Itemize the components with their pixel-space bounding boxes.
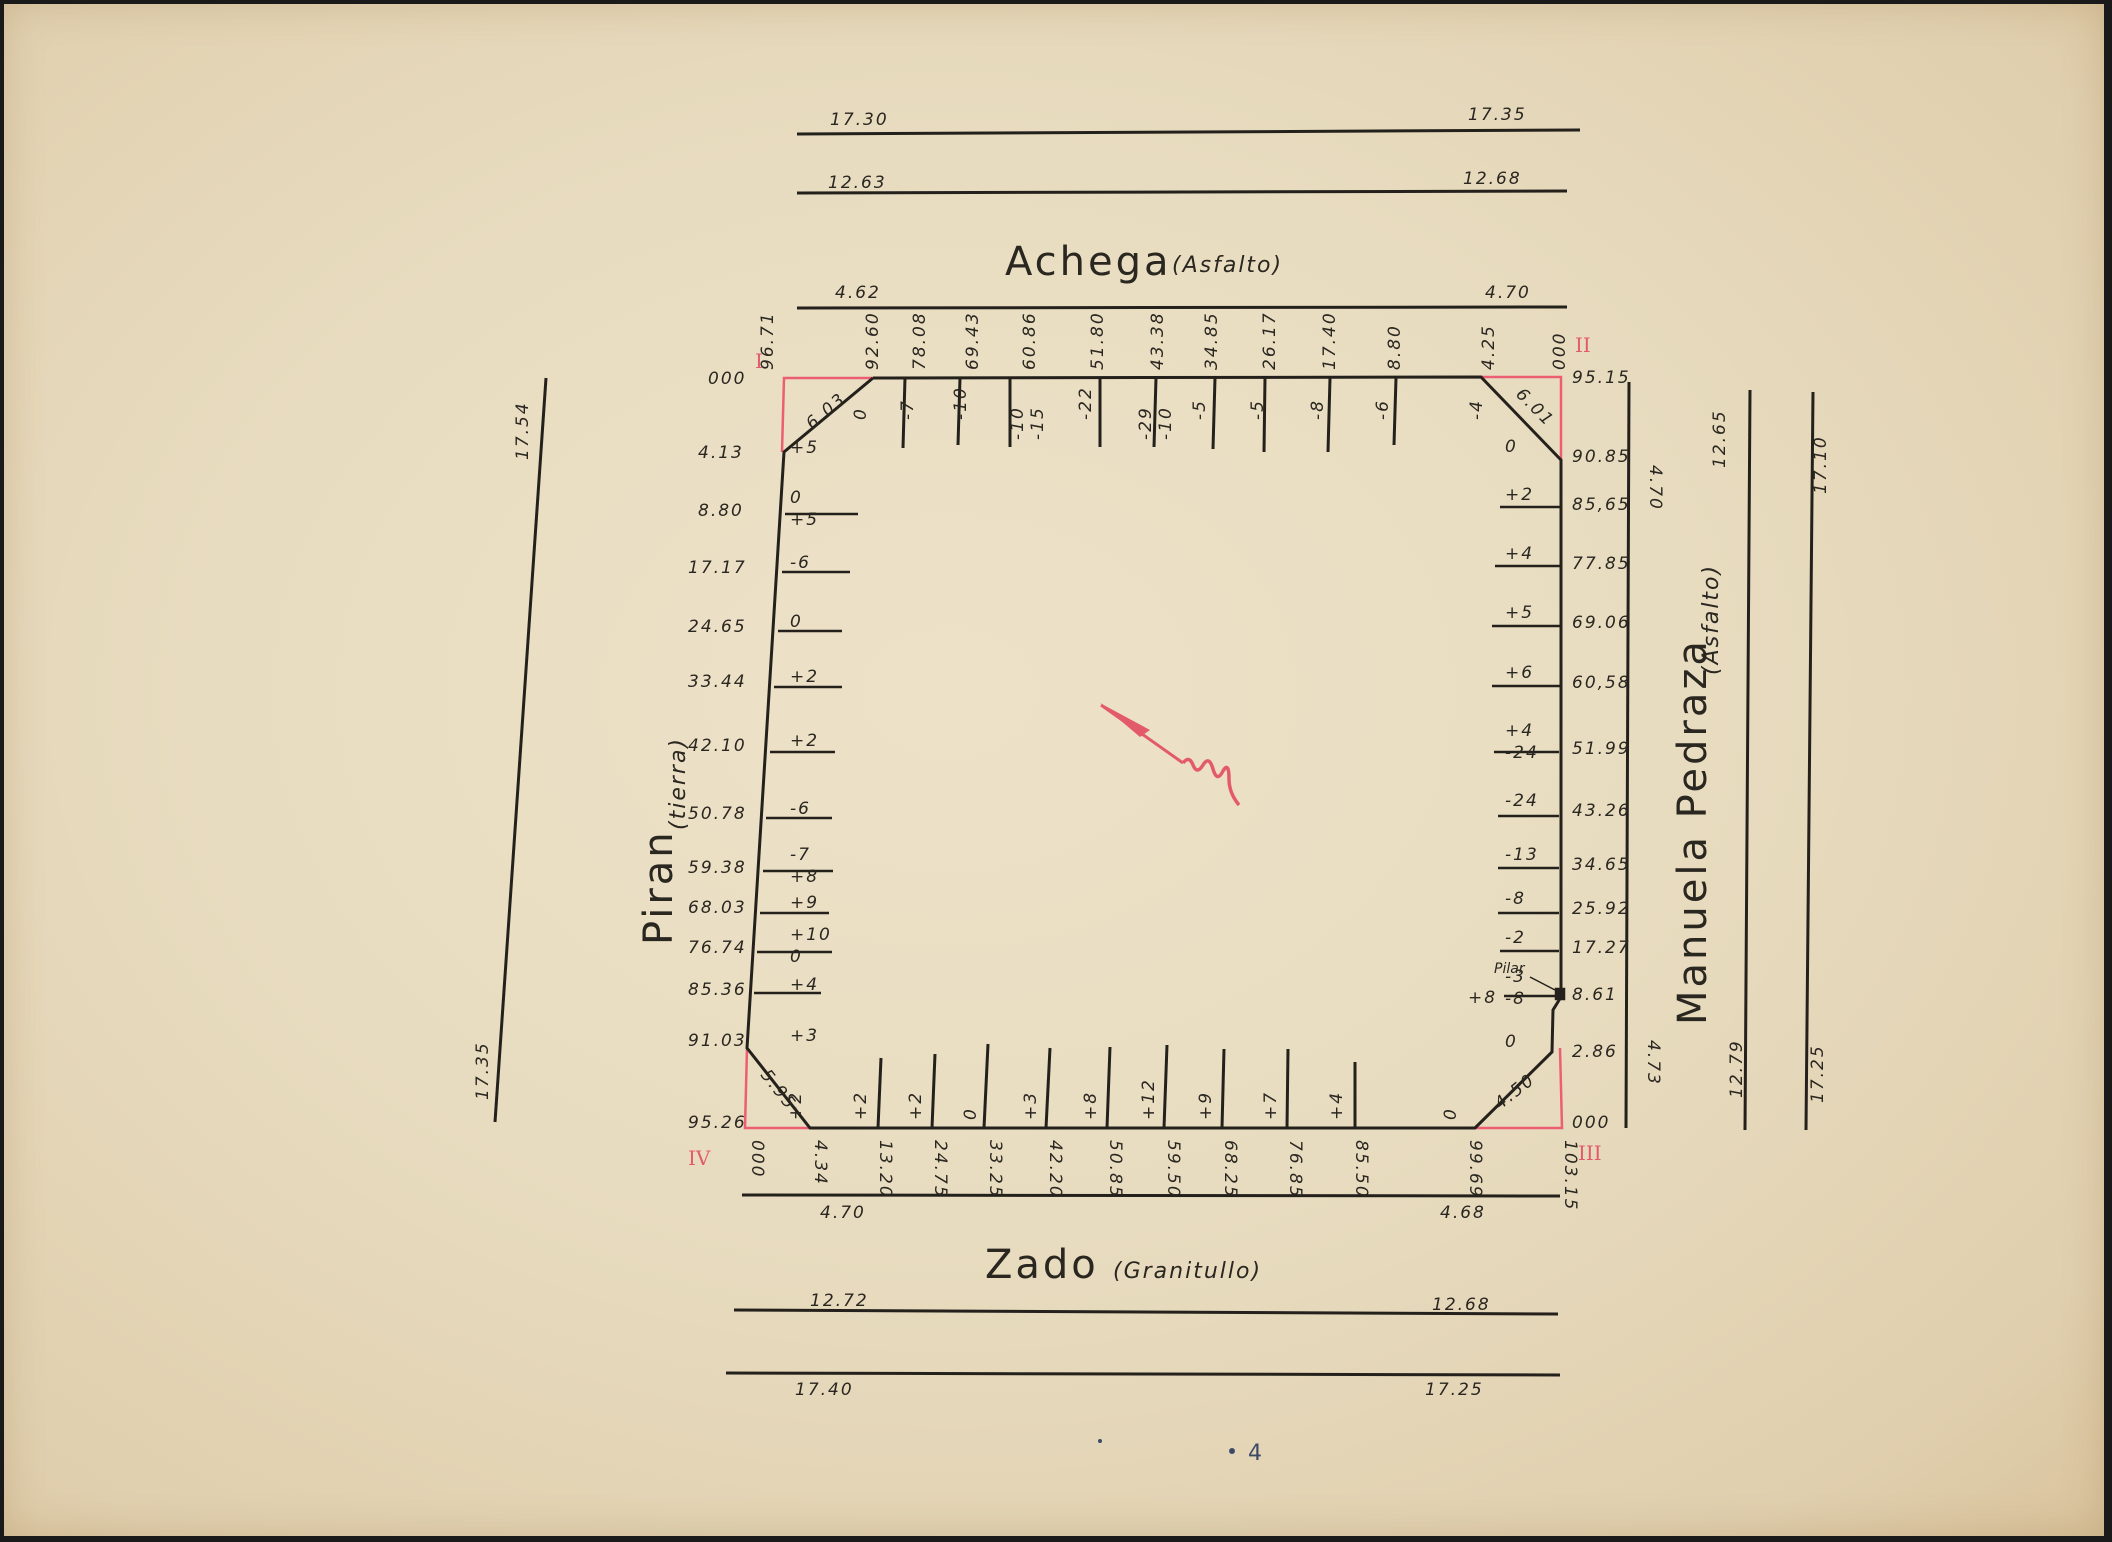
right-station-distance: 43.26 bbox=[1572, 801, 1631, 821]
corner-label-II: II bbox=[1575, 333, 1591, 357]
top-station-level: -8 bbox=[1308, 399, 1328, 420]
bottom-station-distance: 50.85 bbox=[1105, 1140, 1125, 1199]
top-station-distance: 43.38 bbox=[1148, 311, 1168, 370]
right-street-name: Manuela Pedraza bbox=[1670, 638, 1716, 1025]
right-station-level: +4 bbox=[1505, 721, 1534, 741]
left-station-distance: 17.17 bbox=[688, 558, 747, 578]
left-station-distance: 85.36 bbox=[688, 980, 747, 1000]
left-station-level: -6 bbox=[790, 799, 811, 819]
chamfer-top-right: 6.01 bbox=[1511, 384, 1558, 431]
top-line1-right: 17.35 bbox=[1468, 105, 1527, 125]
right-station-distance: 25.92 bbox=[1572, 899, 1631, 919]
right-line2-bottom: 12.79 bbox=[1727, 1039, 1747, 1098]
bottom-station-level: +3 bbox=[1021, 1091, 1041, 1120]
top-station-distance: 78.08 bbox=[910, 311, 930, 370]
bottom-station-distance: 13.20 bbox=[875, 1140, 895, 1199]
left-station-level: 0 bbox=[790, 488, 803, 508]
top-station-distance: 69.43 bbox=[963, 311, 983, 370]
bottom-line2-left: 12.72 bbox=[810, 1291, 869, 1311]
top-station-distance: 8.80 bbox=[1385, 324, 1405, 370]
bottom-station-distance: 68.25 bbox=[1220, 1140, 1240, 1199]
top-line3-right: 4.70 bbox=[1485, 283, 1531, 303]
top-station-distance: 000 bbox=[1550, 332, 1570, 370]
left-station-level: +5 bbox=[790, 438, 819, 458]
left-station-level: +4 bbox=[790, 975, 819, 995]
top-station-distance: 92.60 bbox=[863, 311, 883, 370]
right-line3-top: 17.10 bbox=[1811, 435, 1831, 494]
left-station-distance: 4.13 bbox=[698, 443, 744, 463]
top-line2-right: 12.68 bbox=[1463, 169, 1522, 189]
left-station-distance: 59.38 bbox=[688, 858, 747, 878]
bottom-station-level: +4 bbox=[1327, 1091, 1347, 1120]
bottom-station-ticks bbox=[878, 1044, 1355, 1128]
bottom-station-level: 0 bbox=[1441, 1107, 1461, 1120]
right-station-level: -13 bbox=[1505, 845, 1539, 865]
bottom-street-surface: (Granitullo) bbox=[1113, 1259, 1262, 1284]
pilar-marker bbox=[1556, 989, 1564, 999]
bottom-line3-left: 17.40 bbox=[795, 1380, 854, 1400]
left-station-distance: 68.03 bbox=[688, 898, 747, 918]
left-station-distance: 33.44 bbox=[688, 672, 747, 692]
bottom-station-level: +8 bbox=[1081, 1091, 1101, 1120]
right-station-distance: 17.27 bbox=[1572, 938, 1631, 958]
right-station-distance: 2.86 bbox=[1572, 1042, 1618, 1062]
right-station-level: -24 bbox=[1505, 743, 1539, 763]
right-street-surface: (Asfalto) bbox=[1699, 564, 1724, 675]
chamfer-bottom-right: 4.50 bbox=[1491, 1070, 1539, 1114]
right-station-level: +2 bbox=[1505, 485, 1534, 505]
top-station-level: -10 bbox=[1008, 406, 1028, 440]
page-number: 4 bbox=[1248, 1441, 1262, 1466]
right-line3-bottom: 17.25 bbox=[1808, 1044, 1828, 1103]
right-station-level: -2 bbox=[1505, 928, 1526, 948]
left-station-distance: 50.78 bbox=[688, 804, 747, 824]
bottom-station-level: +2 bbox=[851, 1091, 871, 1120]
left-station-level: -6 bbox=[790, 553, 811, 573]
chamfer-top-left: 6.03 bbox=[802, 389, 850, 434]
ink-dot bbox=[1229, 1448, 1235, 1454]
corner-label-IV: IV bbox=[688, 1146, 711, 1170]
left-station-level: -7 bbox=[790, 845, 811, 865]
bottom-street-lines: 4.70 4.68 12.72 12.68 17.40 17.25 Zado (… bbox=[726, 1195, 1560, 1400]
right-station-labels: 95.1590.85085,65+277.85+469.06+560,58+65… bbox=[1505, 368, 1631, 1133]
left-station-level: +9 bbox=[790, 893, 819, 913]
top-line1-left: 17.30 bbox=[830, 110, 889, 130]
top-station-level: -22 bbox=[1076, 386, 1096, 420]
bottom-station-level: +7 bbox=[1261, 1091, 1281, 1120]
top-station-level: -4 bbox=[1467, 399, 1487, 420]
top-station-level: -29 bbox=[1136, 406, 1156, 440]
right-station-distance: 69.06 bbox=[1572, 613, 1631, 633]
left-station-level: +3 bbox=[790, 1026, 819, 1046]
left-station-distance: 76.74 bbox=[688, 938, 747, 958]
left-station-distance: 95.26 bbox=[688, 1113, 747, 1133]
bottom-station-distance: 42.20 bbox=[1045, 1140, 1065, 1199]
bottom-line1-right: 4.68 bbox=[1440, 1203, 1486, 1223]
top-station-level: -6 bbox=[1373, 399, 1393, 420]
top-line3-left: 4.62 bbox=[835, 283, 881, 303]
bottom-station-level: +12 bbox=[1139, 1078, 1159, 1120]
left-station-level: +10 bbox=[790, 925, 832, 945]
right-line2-top: 12.65 bbox=[1710, 409, 1730, 468]
right-station-level: 0 bbox=[1505, 437, 1518, 457]
ink-dot bbox=[1098, 1439, 1102, 1443]
bottom-line3-right: 17.25 bbox=[1425, 1380, 1484, 1400]
bottom-station-distance: 76.85 bbox=[1285, 1140, 1305, 1199]
top-station-level: -5 bbox=[1248, 399, 1268, 420]
left-street-lines: 17.54 17.35 Piran (tierra) bbox=[473, 378, 691, 1122]
top-street-surface: (Asfalto) bbox=[1172, 253, 1283, 278]
north-arrow-icon bbox=[1100, 703, 1239, 805]
top-station-distance: 60.86 bbox=[1020, 311, 1040, 370]
bottom-line2-right: 12.68 bbox=[1432, 1295, 1491, 1315]
survey-plan-drawing: 17.30 17.35 12.63 12.68 4.62 4.70 Achega… bbox=[0, 0, 2112, 1542]
left-station-level: 0 bbox=[790, 612, 803, 632]
right-station-level: +4 bbox=[1505, 544, 1534, 564]
right-station-distance: 90.85 bbox=[1572, 447, 1631, 467]
right-street-lines: 4.70 4.73 12.65 12.79 17.10 17.25 Manuel… bbox=[1626, 382, 1831, 1130]
right-station-distance: 95.15 bbox=[1572, 368, 1631, 388]
left-line-top: 17.54 bbox=[513, 401, 533, 460]
corner-label-III: III bbox=[1578, 1141, 1602, 1165]
bottom-line1-left: 4.70 bbox=[820, 1203, 866, 1223]
corner-reference-red-lines bbox=[745, 377, 1562, 1128]
block-perimeter bbox=[747, 377, 1561, 1128]
right-station-level: -8 bbox=[1505, 989, 1526, 1009]
top-station-distance: 4.25 bbox=[1479, 324, 1499, 370]
top-station-level: -7 bbox=[898, 399, 918, 420]
top-street-lines: 17.30 17.35 12.63 12.68 4.62 4.70 Achega… bbox=[797, 105, 1580, 308]
top-station-distance: 51.80 bbox=[1088, 311, 1108, 370]
left-station-level: +8 bbox=[790, 867, 819, 887]
top-station-distance: 96.71 bbox=[758, 311, 778, 370]
right-station-level: -24 bbox=[1505, 791, 1539, 811]
bottom-station-level: +9 bbox=[1196, 1091, 1216, 1120]
chamfer-dimensions: 6.03 6.01 5.95 4.50 bbox=[756, 384, 1558, 1114]
right-line1-bottom: 4.73 bbox=[1643, 1040, 1663, 1086]
right-station-distance: 000 bbox=[1572, 1113, 1610, 1133]
right-station-level: +5 bbox=[1505, 603, 1534, 623]
right-station-level: +6 bbox=[1505, 663, 1534, 683]
top-station-level: -5 bbox=[1190, 399, 1210, 420]
bottom-street-name: Zado bbox=[985, 1242, 1099, 1288]
right-station-distance: 8.61 bbox=[1572, 985, 1618, 1005]
bottom-station-level: 0 bbox=[961, 1107, 981, 1120]
top-station-level: -10 bbox=[951, 386, 971, 420]
left-line-bottom: 17.35 bbox=[473, 1041, 493, 1100]
top-line2-left: 12.63 bbox=[828, 173, 887, 193]
right-station-level: -8 bbox=[1505, 889, 1526, 909]
top-station-level: -10 bbox=[1156, 406, 1176, 440]
bottom-station-level: +2 bbox=[906, 1091, 926, 1120]
bottom-station-distance: 99.69 bbox=[1465, 1140, 1485, 1199]
bottom-station-distance: 000 bbox=[747, 1140, 767, 1178]
top-station-level: 0 bbox=[851, 407, 871, 420]
pilar-note: Pilar bbox=[1494, 961, 1526, 977]
bottom-station-distance: 4.34 bbox=[810, 1140, 830, 1186]
left-station-distance: 91.03 bbox=[688, 1031, 747, 1051]
right-station-distance: 77.85 bbox=[1572, 554, 1631, 574]
left-station-distance: 42.10 bbox=[688, 736, 747, 756]
right-station-distance: 51.99 bbox=[1572, 739, 1631, 759]
left-station-level: +2 bbox=[790, 667, 819, 687]
top-station-distance: 34.85 bbox=[1202, 311, 1222, 370]
right-line1-top: 4.70 bbox=[1645, 465, 1665, 511]
left-station-distance: 24.65 bbox=[688, 617, 747, 637]
left-station-ticks bbox=[754, 514, 858, 993]
top-street-name: Achega bbox=[1005, 239, 1172, 285]
left-station-level: +5 bbox=[790, 510, 819, 530]
top-station-level: -15 bbox=[1028, 406, 1048, 440]
top-station-distance: 26.17 bbox=[1260, 311, 1280, 370]
bottom-station-distance: 85.50 bbox=[1351, 1140, 1371, 1199]
right-station-distance: 60,58 bbox=[1572, 673, 1631, 693]
right-station-distance: 34.65 bbox=[1572, 855, 1631, 875]
bottom-station-distance: 24.75 bbox=[930, 1140, 950, 1199]
bottom-station-distance: 33.25 bbox=[985, 1140, 1005, 1199]
bottom-station-distance: 59.50 bbox=[1163, 1140, 1183, 1199]
right-station-level: 0 bbox=[1505, 1032, 1518, 1052]
right-station-distance: 85,65 bbox=[1572, 495, 1631, 515]
left-station-distance: 000 bbox=[708, 369, 746, 389]
pilar-extra-level: +8 bbox=[1468, 988, 1497, 1008]
left-street-name: Piran bbox=[636, 829, 682, 945]
bottom-station-labels: 0004.34+213.20+224.75+233.25042.20+350.8… bbox=[747, 1078, 1580, 1211]
left-station-level: +2 bbox=[790, 731, 819, 751]
bottom-station-distance: 103.15 bbox=[1560, 1140, 1580, 1211]
left-station-level: 0 bbox=[790, 947, 803, 967]
top-station-distance: 17.40 bbox=[1320, 311, 1340, 370]
left-station-distance: 8.80 bbox=[698, 501, 744, 521]
bottom-station-level: +2 bbox=[786, 1091, 806, 1120]
